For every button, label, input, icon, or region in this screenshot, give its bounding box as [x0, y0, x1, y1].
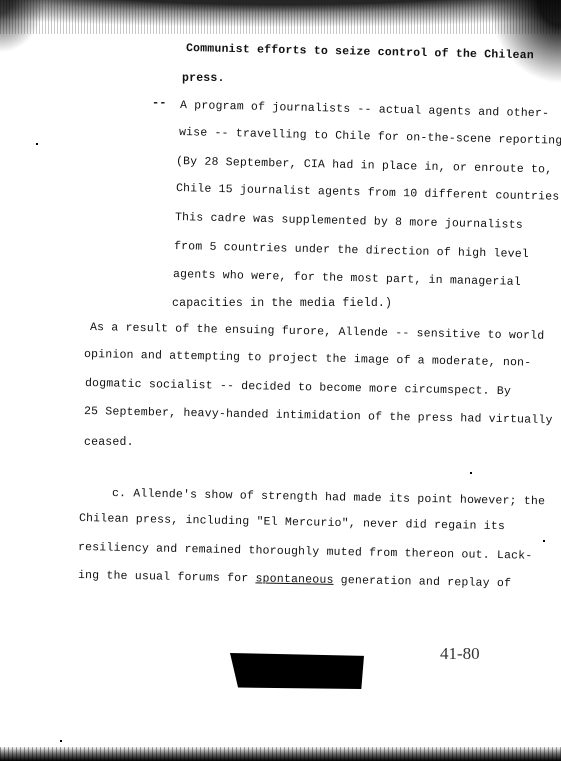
text-line: (By 28 September, CIA had in place in, o…: [176, 155, 553, 177]
text-line: ceased.: [84, 436, 134, 449]
text-line: dogmatic socialist -- decided to become …: [85, 377, 511, 398]
scanned-document-page: Communist efforts to seize control of th…: [0, 0, 561, 761]
text-line: agents who were, for the most part, in m…: [173, 268, 521, 289]
text-line: Chilean press, including "El Mercurio", …: [79, 512, 505, 533]
text-line: This cadre was supplemented by 8 more jo…: [175, 211, 523, 232]
text-line: c. Allende's show of strength had made i…: [112, 487, 545, 508]
text-line: press.: [182, 72, 225, 85]
text-line: Chile 15 journalist agents from 10 diffe…: [176, 182, 561, 204]
page-number: 41-80: [440, 644, 480, 664]
scan-noise-bottom: [0, 747, 561, 761]
text-segment: ing the usual forums for: [78, 569, 256, 585]
underlined-word: spontaneous: [255, 572, 333, 586]
text-line: opinion and attempting to project the im…: [84, 348, 532, 370]
text-line: resiliency and remained thoroughly muted…: [78, 541, 533, 563]
scan-speck: [470, 472, 472, 474]
redaction-block: [230, 653, 364, 689]
text-line: capacities in the media field.): [172, 297, 392, 310]
text-line: As a result of the ensuing furore, Allen…: [90, 321, 545, 343]
text-line: ing the usual forums for spontaneous gen…: [78, 569, 511, 590]
scan-speck: [60, 740, 62, 742]
dash-bullet: --: [152, 96, 166, 110]
text-line: from 5 countries under the direction of …: [174, 240, 529, 261]
scan-speck: [36, 143, 38, 145]
scan-speck: [543, 540, 545, 542]
scan-noise-left: [0, 0, 60, 70]
text-segment: generation and replay of: [333, 574, 511, 590]
text-line: 25 September, heavy-handed intimidation …: [84, 405, 553, 427]
